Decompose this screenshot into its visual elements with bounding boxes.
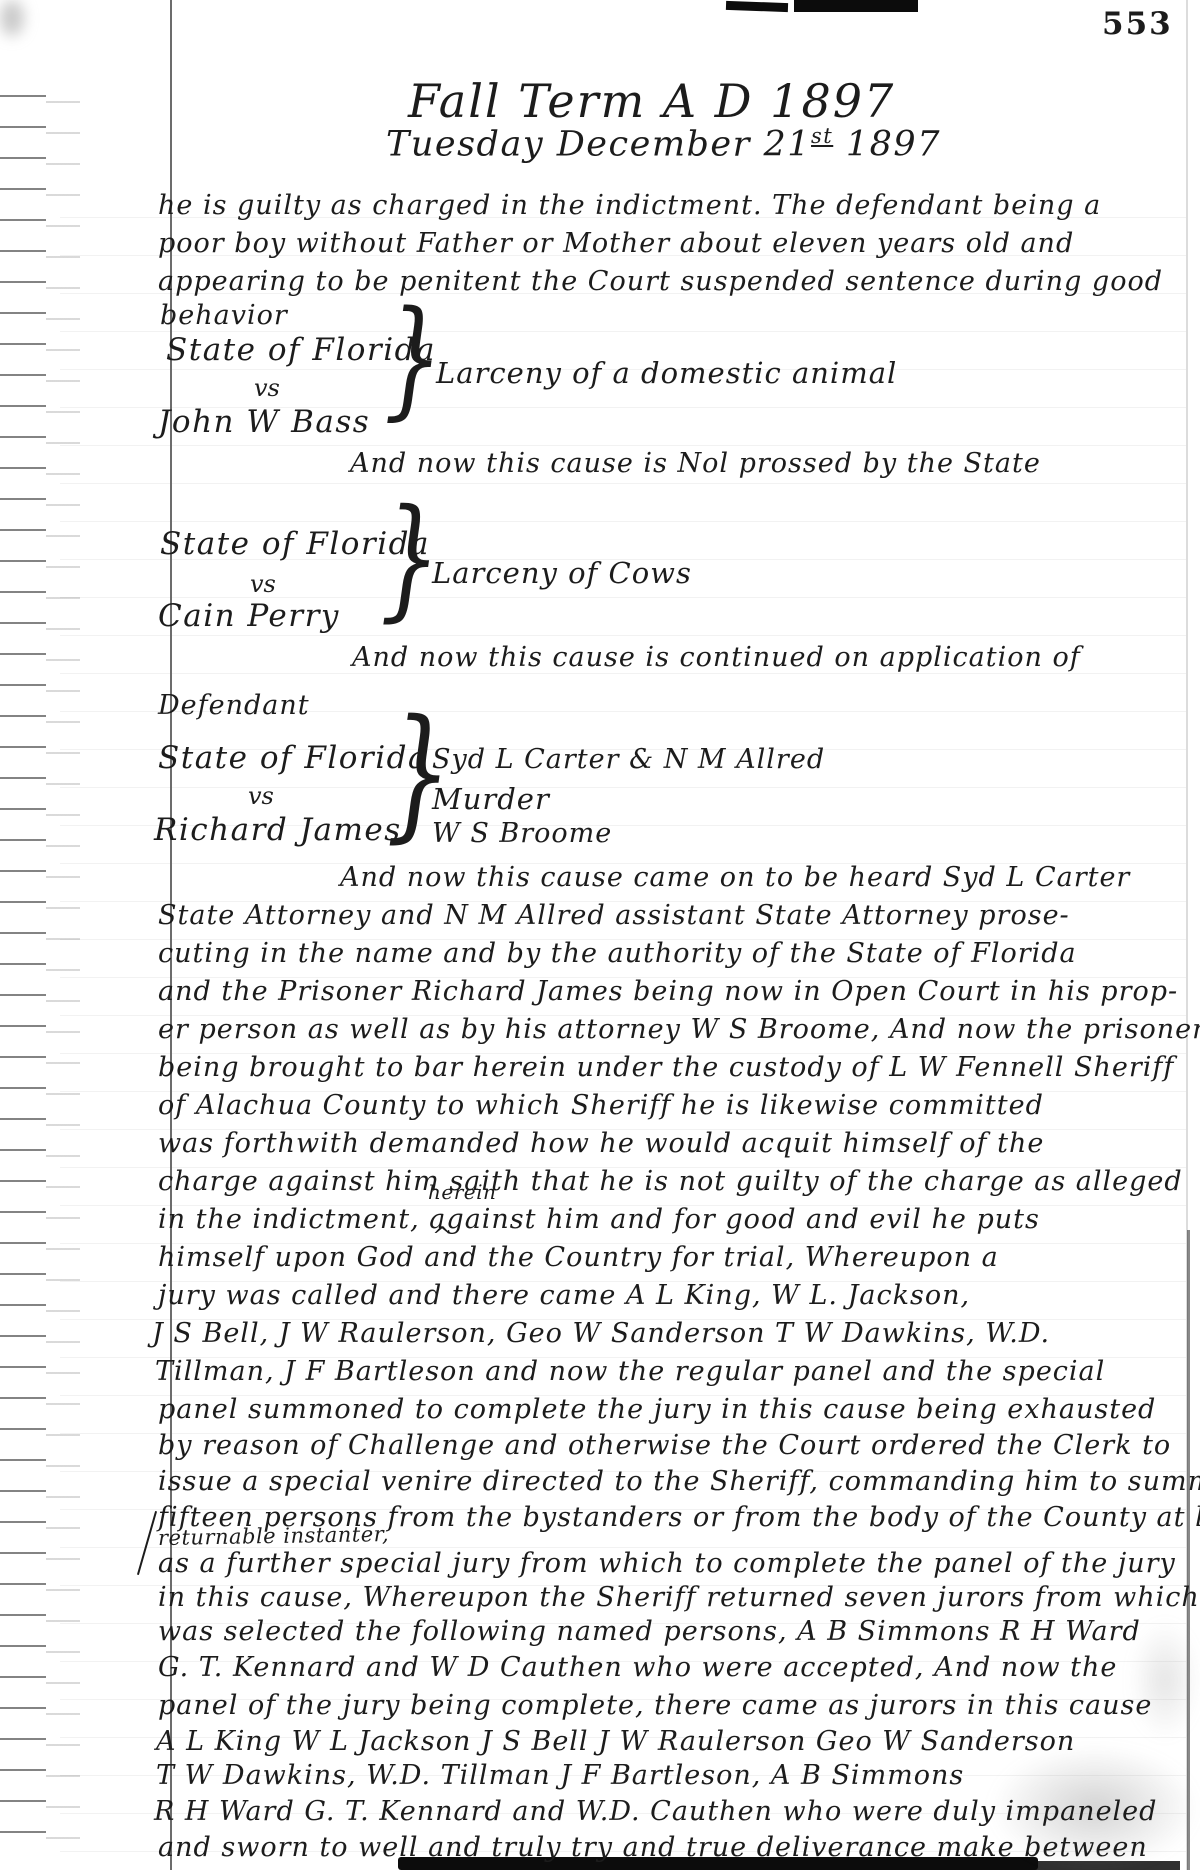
top-edge-ink-mark: [794, 0, 918, 12]
manuscript-line: charge against him saith that he is not …: [158, 1166, 1183, 1197]
case-defendant: Cain Perry: [158, 598, 340, 634]
case-disposition-line: And now this cause is continued on appli…: [352, 642, 1081, 673]
manuscript-line: cuting in the name and by the authority …: [158, 938, 1077, 969]
manuscript-line: issue a special venire directed to the S…: [158, 1466, 1200, 1497]
date-heading: Tuesday December 21st 1897: [386, 124, 941, 165]
case-defendant: Richard James: [154, 812, 402, 848]
right-edge-shadow-line: [1187, 1230, 1190, 1870]
case-vs-label: vs: [248, 782, 274, 810]
case-charge-line: Larceny of a domestic animal: [436, 356, 897, 390]
manuscript-line: R H Ward G. T. Kennard and W.D. Cauthen …: [154, 1796, 1157, 1827]
manuscript-line: jury was called and there came A L King,…: [158, 1280, 970, 1311]
manuscript-line: he is guilty as charged in the indictmen…: [158, 190, 1101, 221]
case-defendant: John W Bass: [158, 404, 370, 440]
manuscript-line: by reason of Challenge and otherwise the…: [158, 1430, 1171, 1461]
manuscript-line: T W Dawkins, W.D. Tillman J F Bartleson,…: [156, 1760, 964, 1791]
top-left-smudge: [0, 0, 24, 36]
date-heading-year: 1897: [846, 125, 941, 165]
manuscript-line: was selected the following named persons…: [158, 1616, 1141, 1647]
manuscript-line: himself upon God and the Country for tri…: [158, 1242, 999, 1273]
interlinear-insertion: herein: [428, 1180, 496, 1204]
date-heading-text: Tuesday December 21: [386, 125, 811, 165]
case-charge-line: Larceny of Cows: [432, 556, 692, 590]
left-margin-ruling: [0, 95, 46, 1855]
manuscript-line: poor boy without Father or Mother about …: [158, 228, 1074, 259]
manuscript-line: in the indictment, against him and for g…: [158, 1204, 1040, 1235]
manuscript-line: Tillman, J F Bartleson and now the regul…: [155, 1356, 1105, 1387]
term-heading: Fall Term A D 1897: [408, 74, 895, 128]
manuscript-line: was forthwith demanded how he would acqu…: [158, 1128, 1044, 1159]
case-vs-label: vs: [250, 570, 276, 598]
case-attorney-line: Syd L Carter & N M Allred: [432, 744, 825, 775]
interlinear-insertion: returnable instanter,: [158, 1522, 389, 1550]
top-edge-ink-mark: [726, 1, 788, 12]
manuscript-line: behavior: [160, 300, 288, 331]
manuscript-line: appearing to be penitent the Court suspe…: [158, 266, 1163, 297]
manuscript-line: as a further special jury from which to …: [158, 1548, 1176, 1579]
case-disposition-line: And now this cause is Nol prossed by the…: [350, 448, 1041, 479]
case-vs-label: vs: [254, 374, 280, 402]
case-brace: }: [384, 300, 443, 418]
case-charge-line: Murder: [432, 782, 550, 816]
manuscript-line: A L King W L Jackson J S Bell J W Rauler…: [156, 1726, 1075, 1757]
manuscript-line: being brought to bar herein under the cu…: [158, 1052, 1174, 1083]
manuscript-line: and the Prisoner Richard James being now…: [158, 976, 1178, 1007]
manuscript-line: G. T. Kennard and W D Cauthen who were a…: [158, 1652, 1117, 1683]
date-ordinal-suffix: st: [811, 124, 833, 148]
manuscript-line: panel summoned to complete the jury in t…: [158, 1394, 1156, 1425]
manuscript-line: J S Bell, J W Raulerson, Geo W Sanderson…: [152, 1318, 1050, 1349]
manuscript-line: and sworn to well and truly try and true…: [158, 1832, 1148, 1863]
manuscript-line: State Attorney and N M Allred assistant …: [158, 900, 1070, 931]
manuscript-line: in this cause, Whereupon the Sheriff ret…: [158, 1582, 1200, 1613]
manuscript-line: er person as well as by his attorney W S…: [158, 1014, 1200, 1045]
ledger-page: 553 Fall Term A D 1897 Tuesday December …: [0, 0, 1200, 1870]
case-disposition-line: Defendant: [158, 690, 310, 721]
manuscript-line: And now this cause came on to be heard S…: [340, 862, 1130, 893]
case-attorney-line: W S Broome: [432, 818, 612, 849]
page-number: 553: [1102, 6, 1173, 42]
manuscript-line: of Alachua County to which Sheriff he is…: [158, 1090, 1044, 1121]
manuscript-line: panel of the jury being complete, there …: [158, 1690, 1152, 1721]
